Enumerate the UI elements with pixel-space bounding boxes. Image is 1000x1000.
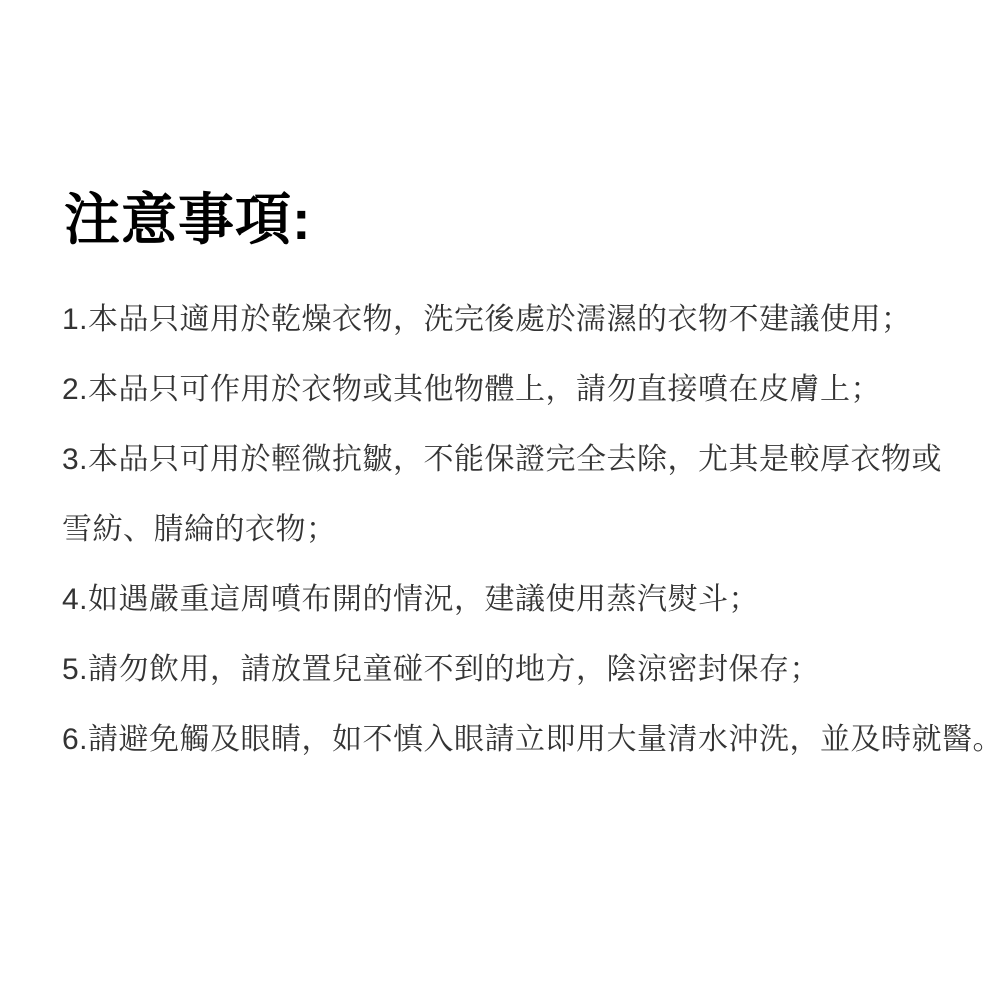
notice-line-3-continued: 雪紡、腈綸的衣物； [62, 495, 980, 565]
notice-list: 1.本品只適用於乾燥衣物，洗完後處於濡濕的衣物不建議使用； 2.本品只可作用於衣… [62, 285, 980, 775]
notice-page: 注意事項: 1.本品只適用於乾燥衣物，洗完後處於濡濕的衣物不建議使用； 2.本品… [0, 0, 1000, 1000]
notice-line-5: 5.請勿飲用，請放置兒童碰不到的地方，陰涼密封保存； [62, 635, 980, 705]
notice-line-2: 2.本品只可作用於衣物或其他物體上，請勿直接噴在皮膚上； [62, 355, 980, 425]
notice-line-4: 4.如遇嚴重這周噴布開的情況，建議使用蒸汽熨斗； [62, 565, 980, 635]
notice-line-3: 3.本品只可用於輕微抗皺，不能保證完全去除，尤其是較厚衣物或 [62, 425, 980, 495]
page-title: 注意事項: [64, 188, 312, 252]
notice-line-6: 6.請避免觸及眼睛，如不慎入眼請立即用大量清水沖洗，並及時就醫。 [62, 705, 980, 775]
notice-line-1: 1.本品只適用於乾燥衣物，洗完後處於濡濕的衣物不建議使用； [62, 285, 980, 355]
